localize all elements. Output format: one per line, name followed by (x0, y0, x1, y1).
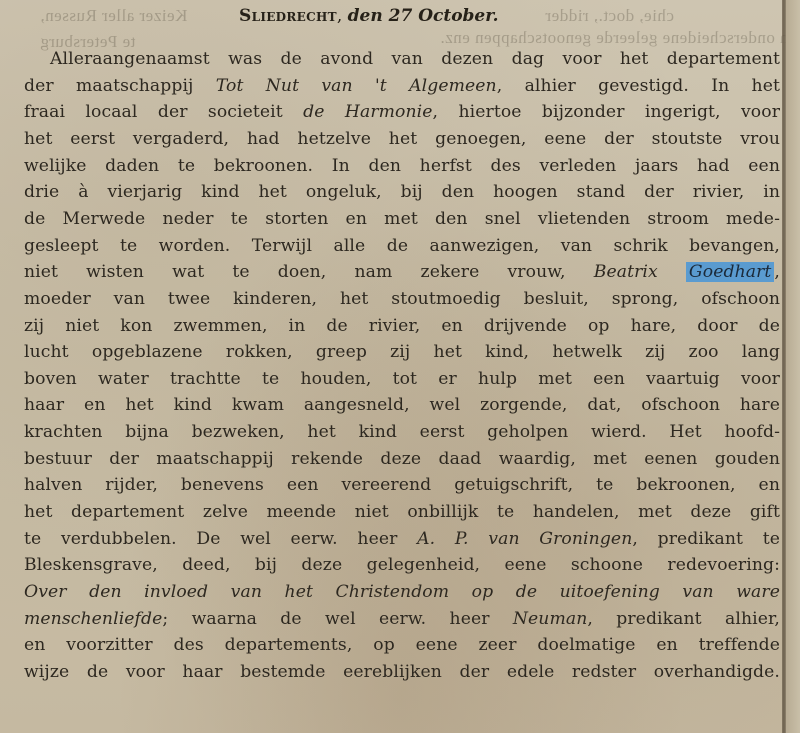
article-line: het eerst vergaderd, had hetzelve het ge… (24, 126, 780, 152)
search-highlight[interactable]: Goedhart (686, 262, 775, 282)
italic-text: A. P. van Groningen (417, 529, 632, 549)
article-line: Bleskensgrave, deed, bij deze gelegenhei… (24, 552, 780, 578)
body-text: halven rijder, benevens een vereerend ge… (24, 475, 780, 495)
article-line: het departement zelve meende niet onbill… (24, 499, 780, 525)
dateline-city: Sliedrecht (239, 6, 337, 26)
article-line: en voorzitter des departements, op eene … (24, 632, 780, 658)
article-line: drie à vierjarig kind het ongeluk, bij d… (24, 179, 780, 205)
body-text: ; waarna de wel eerw. heer (162, 609, 512, 629)
article-line: Alleraangenaamst was de avond van dezen … (24, 46, 780, 72)
body-text: , predikant alhier, (587, 609, 780, 629)
italic-text: menschenliefde (24, 609, 162, 629)
italic-text: Over den invloed van het Christendom op … (24, 582, 780, 602)
body-text: gesleept te worden. Terwijl alle de aanw… (24, 236, 780, 256)
body-text: bestuur der maatschappij rekende deze da… (24, 449, 780, 469)
body-text: welijke daden te bekroonen. In den herfs… (24, 156, 780, 176)
article-line: welijke daden te bekroonen. In den herfs… (24, 153, 780, 179)
body-text: haar en het kind kwam aangesneld, wel zo… (24, 395, 780, 415)
scanned-page: Keizer aller Russen, chie, doct., ridder… (0, 0, 800, 733)
body-text: Alleraangenaamst was de avond van dezen … (50, 49, 780, 69)
article-line: wijze de voor haar bestemde eereblijken … (24, 659, 780, 685)
article-line: krachten bijna bezweken, het kind eerst … (24, 419, 780, 445)
article-line: der maatschappij Tot Nut van 't Algemeen… (24, 73, 780, 99)
article-line: bestuur der maatschappij rekende deze da… (24, 446, 780, 472)
body-text: Bleskensgrave, deed, bij deze gelegenhei… (24, 555, 780, 575)
article-line: gesleept te worden. Terwijl alle de aanw… (24, 233, 780, 259)
article-line: boven water trachtte te houden, tot er h… (24, 366, 780, 392)
bleed-through-text: lid van onderscheidene geleerde genootsc… (440, 28, 800, 48)
article-line: haar en het kind kwam aangesneld, wel zo… (24, 392, 780, 418)
body-text: , hiertoe bijzonder ingerigt, voor (433, 102, 780, 122)
body-text: fraai locaal der societeit (24, 102, 303, 122)
article-line: zij niet kon zwemmen, in de rivier, en d… (24, 313, 780, 339)
article-line: niet wisten wat te doen, nam zekere vrou… (24, 259, 780, 285)
body-text: te verdubbelen. De wel eerw. heer (24, 529, 417, 549)
article-line: menschenliefde; waarna de wel eerw. heer… (24, 606, 780, 632)
body-text: krachten bijna bezweken, het kind eerst … (24, 422, 780, 442)
bleed-through-text: chie, doct., ridder (545, 6, 674, 26)
body-text: het departement zelve meende niet onbill… (24, 502, 780, 522)
article-line: fraai locaal der societeit de Harmonie, … (24, 99, 780, 125)
body-text: moeder van twee kinderen, het stoutmoedi… (24, 289, 780, 309)
italic-text: Beatrix (594, 262, 658, 282)
body-text: en voorzitter des departements, op eene … (24, 635, 780, 655)
article-line: de Merwede neder te storten en met den s… (24, 206, 780, 232)
body-text: boven water trachtte te houden, tot er h… (24, 369, 780, 389)
italic-text: Tot Nut van 't Algemeen (216, 76, 497, 96)
dateline: Sliedrecht, den 27 October. (239, 6, 499, 26)
italic-text: Neuman (513, 609, 588, 629)
body-text: zij niet kon zwemmen, in de rivier, en d… (24, 316, 780, 336)
bleed-through-text: Keizer aller Russen, (40, 6, 187, 26)
body-text: het eerst vergaderd, had hetzelve het ge… (24, 129, 780, 149)
body-text: , predikant te (632, 529, 780, 549)
article-line: te verdubbelen. De wel eerw. heer A. P. … (24, 526, 780, 552)
page-margin (786, 0, 800, 733)
body-text: , alhier gevestigd. In het (497, 76, 780, 96)
body-text: niet wisten wat te doen, nam zekere vrou… (24, 262, 594, 282)
body-text: lucht opgeblazene rokken, greep zij het … (24, 342, 780, 362)
italic-text: de Harmonie (303, 102, 432, 122)
body-text: der maatschappij (24, 76, 216, 96)
dateline-date: den 27 October. (348, 6, 499, 26)
body-text: , (774, 262, 780, 282)
body-text: wijze de voor haar bestemde eereblijken … (24, 662, 780, 682)
dateline-comma: , (337, 6, 348, 26)
article-line: lucht opgeblazene rokken, greep zij het … (24, 339, 780, 365)
article-line: halven rijder, benevens een vereerend ge… (24, 472, 780, 498)
body-text: drie à vierjarig kind het ongeluk, bij d… (24, 182, 780, 202)
body-text: de Merwede neder te storten en met den s… (24, 209, 780, 229)
article-line: moeder van twee kinderen, het stoutmoedi… (24, 286, 780, 312)
article-line: Over den invloed van het Christendom op … (24, 579, 780, 605)
body-text (658, 262, 686, 282)
